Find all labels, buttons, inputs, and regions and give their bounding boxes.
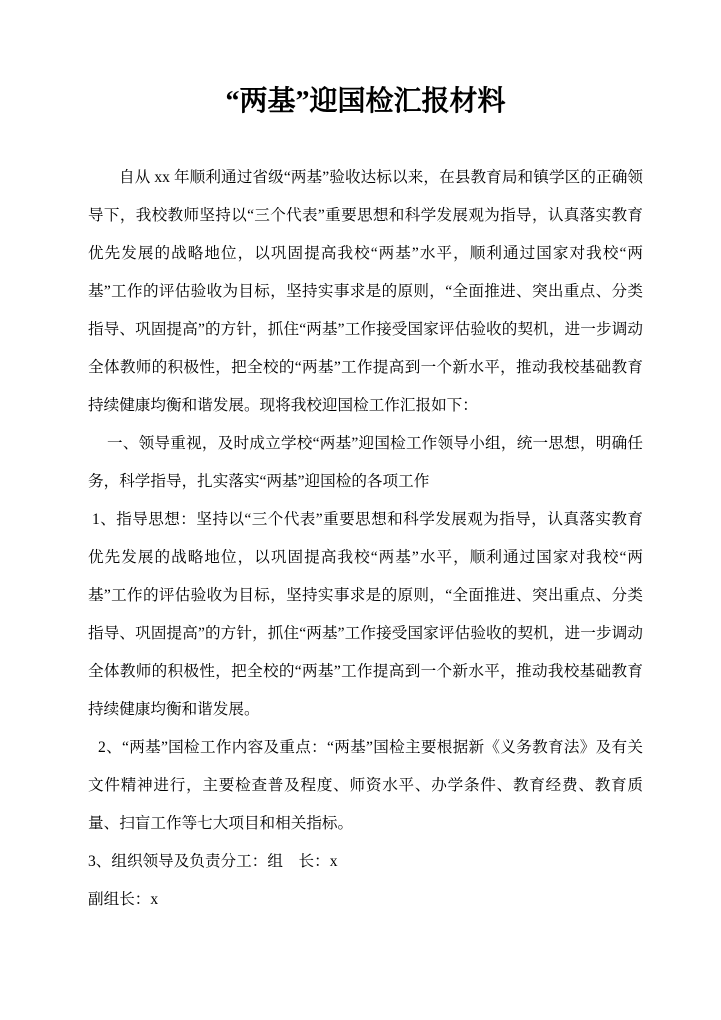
paragraph-guiding-ideology: 1、指导思想：坚持以“三个代表”重要思想和科学发展观为指导，认真落实教育优先发展… [88,501,643,729]
document-page: “两基”迎国检汇报材料 自从 xx 年顺利通过省级“两基”验收达标以来，在县教育… [0,0,721,1020]
paragraph-inspection-content: 2、“两基”国检工作内容及重点：“两基”国检主要根据新《义务教育法》及有关文件精… [88,729,643,843]
paragraph-leadership-division: 3、组织领导及负责分工：组 长：x [88,843,643,881]
paragraph-intro: 自从 xx 年顺利通过省级“两基”验收达标以来，在县教育局和镇学区的正确领导下，… [88,159,643,425]
document-title: “两基”迎国检汇报材料 [88,82,643,122]
paragraph-section-one-heading: 一、领导重视，及时成立学校“两基”迎国检工作领导小组，统一思想，明确任务，科学指… [88,425,643,501]
paragraph-deputy-leader: 副组长：x [88,881,643,919]
